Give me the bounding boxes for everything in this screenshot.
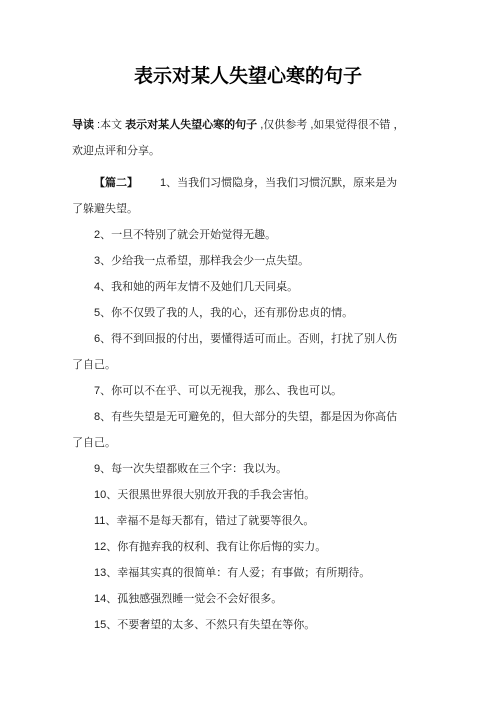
item-13-text: 13、幸福其实真的很简单：有人爱；有事做；有所期待。	[94, 567, 370, 579]
paragraph-item-3: 3、少给我一点希望，那样我会少一点失望。	[72, 248, 424, 274]
item-8-text: 8、有些失望是无可避免的，但大部分的失望，都是因为你高估 了自己。	[72, 411, 397, 449]
paragraph-item-8: 8、有些失望是无可避免的，但大部分的失望，都是因为你高估 了自己。	[72, 404, 424, 456]
intro-highlight-title: 表示对某人失望心寒的句子	[125, 119, 257, 131]
item-5-text: 5、你不仅毁了我的人，我的心，还有那份忠贞的情。	[94, 307, 353, 319]
document-page: 表示对某人失望心寒的句子 导读 :本文 表示对某人失望心寒的句子 ,仅供参考 ,…	[0, 0, 496, 702]
item-4-text: 4、我和她的两年友情不及她们几天同桌。	[94, 281, 298, 293]
item-7-text: 7、你可以不在乎、可以无视我，那么、我也可以。	[94, 385, 342, 397]
item-2-text: 2、一旦不特别了就会开始觉得无趣。	[94, 229, 276, 241]
paragraph-item-7: 7、你可以不在乎、可以无视我，那么、我也可以。	[72, 378, 424, 404]
paragraph-item-4: 4、我和她的两年友情不及她们几天同桌。	[72, 274, 424, 300]
item-14-text: 14、孤独感强烈睡一觉会不会好很多。	[94, 593, 282, 605]
item-3-text: 3、少给我一点希望，那样我会少一点失望。	[94, 255, 309, 267]
item-9-text: 9、每一次失望都败在三个字：我以为。	[94, 463, 287, 475]
section-label: 【篇二】	[94, 177, 138, 189]
paragraph-item-15: 15、不要奢望的太多、不然只有失望在等你。	[72, 612, 424, 638]
paragraph-item-9: 9、每一次失望都败在三个字：我以为。	[72, 456, 424, 482]
item-10-text: 10、天很黑世界很大别放开我的手我会害怕。	[94, 489, 315, 501]
item-11-text: 11、幸福不是每天都有，错过了就要等很久。	[94, 515, 314, 527]
intro-lead-label: 导读	[72, 119, 94, 131]
item-15-text: 15、不要奢望的太多、不然只有失望在等你。	[94, 619, 315, 631]
paragraph-item-13: 13、幸福其实真的很简单：有人爱；有事做；有所期待。	[72, 560, 424, 586]
paragraph-item-5: 5、你不仅毁了我的人，我的心，还有那份忠贞的情。	[72, 300, 424, 326]
item-6-text: 6、得不到回报的付出，要懂得适可而止。否则，打扰了别人伤 了自己。	[72, 333, 397, 371]
intro-paragraph: 导读 :本文 表示对某人失望心寒的句子 ,仅供参考 ,如果觉得很不错 ， 欢迎点…	[72, 112, 424, 164]
paragraph-item-11: 11、幸福不是每天都有，错过了就要等很久。	[72, 508, 424, 534]
paragraph-item-1: 【篇二】1、当我们习惯隐身，当我们习惯沉默，原来是为 了躲避失望。	[72, 170, 424, 222]
item-12-text: 12、你有抛弃我的权利、我有让你后悔的实力。	[94, 541, 326, 553]
document-title: 表示对某人失望心寒的句子	[72, 62, 424, 92]
intro-lead-text: :本文	[94, 119, 125, 131]
paragraph-item-12: 12、你有抛弃我的权利、我有让你后悔的实力。	[72, 534, 424, 560]
paragraph-item-2: 2、一旦不特别了就会开始觉得无趣。	[72, 222, 424, 248]
paragraph-item-10: 10、天很黑世界很大别放开我的手我会害怕。	[72, 482, 424, 508]
paragraph-item-6: 6、得不到回报的付出，要懂得适可而止。否则，打扰了别人伤 了自己。	[72, 326, 424, 378]
paragraph-item-14: 14、孤独感强烈睡一觉会不会好很多。	[72, 586, 424, 612]
